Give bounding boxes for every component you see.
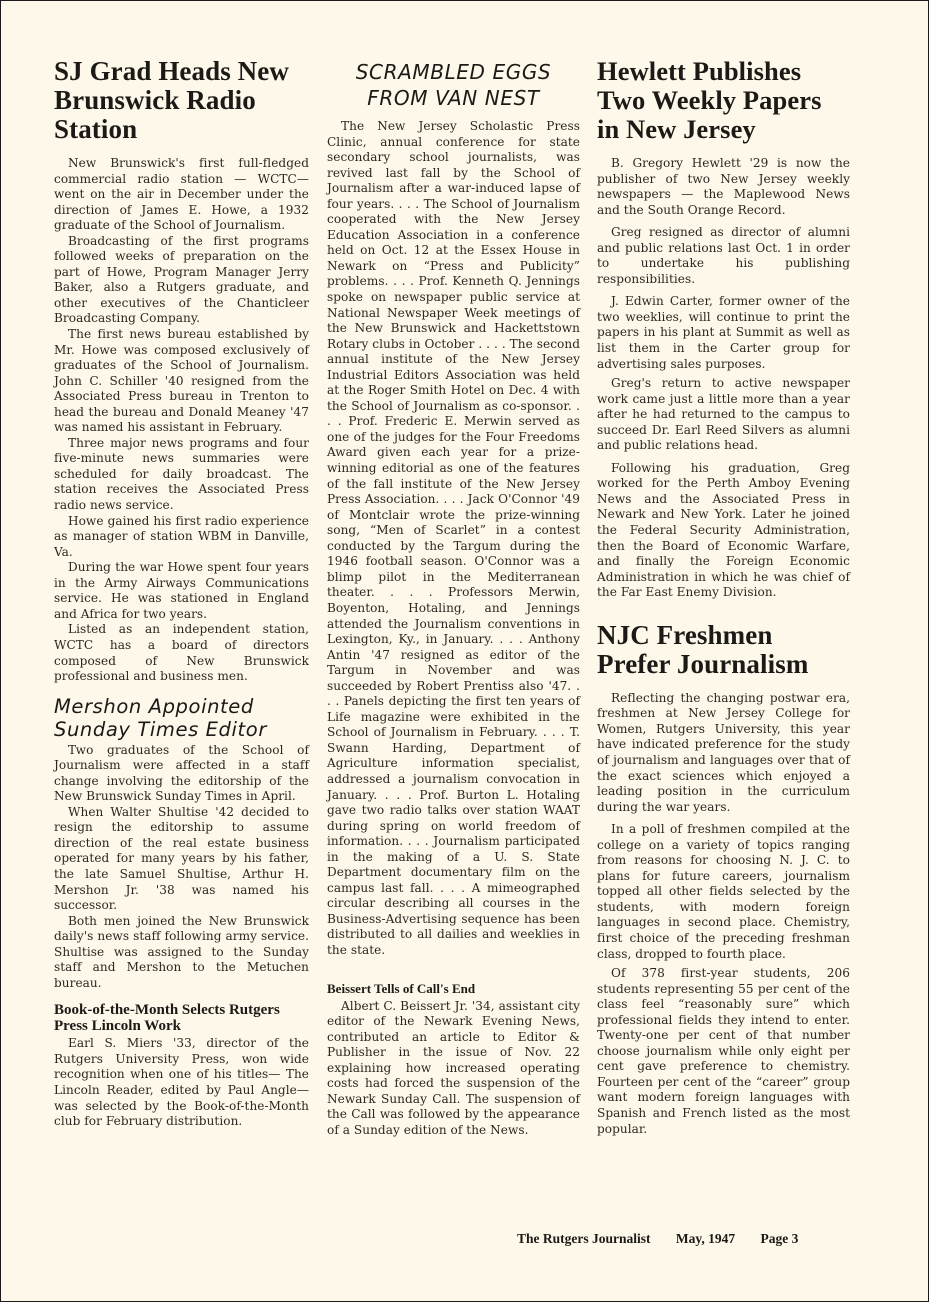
headline-line-2: FROM VAN NEST — [367, 86, 539, 110]
paragraph: J. Edwin Carter, former owner of the two… — [597, 294, 850, 372]
paragraph: The first news bureau established by Mr.… — [54, 327, 309, 436]
headline-line-1: SCRAMBLED EGGS — [356, 60, 551, 84]
article-scrambled-eggs: SCRAMBLED EGGS FROM VAN NEST The New Jer… — [327, 59, 580, 959]
paragraph: During the war Howe spent four years in … — [54, 560, 309, 622]
headline-beissert: Beissert Tells of Call's End — [327, 981, 580, 996]
headline-mershon: Mershon Appointed Sunday Times Editor — [54, 695, 309, 741]
article-hewlett: Hewlett Publishes Two Weekly Papers in N… — [597, 57, 850, 601]
paragraph: Howe gained his first radio experience a… — [54, 514, 309, 561]
article-njc-freshmen: NJC Freshmen Prefer Journalism Reflectin… — [597, 621, 850, 1137]
headline-scrambled-eggs: SCRAMBLED EGGS FROM VAN NEST — [327, 59, 580, 111]
headline-njc-freshmen: NJC Freshmen Prefer Journalism — [597, 621, 837, 679]
page-footer: The Rutgers Journalist May, 1947 Page 3 — [517, 1231, 798, 1247]
paragraph: Two graduates of the School of Journalis… — [54, 743, 309, 805]
paragraph: In a poll of freshmen compiled at the co… — [597, 822, 850, 962]
column-right: Hewlett Publishes Two Weekly Papers in N… — [597, 57, 850, 1137]
page-number: Page 3 — [761, 1231, 799, 1247]
column-middle: SCRAMBLED EGGS FROM VAN NEST The New Jer… — [327, 57, 580, 1138]
paragraph: B. Gregory Hewlett '29 is now the publis… — [597, 156, 850, 218]
paragraph: New Brunswick's first full-fledged comme… — [54, 156, 309, 234]
publication-name: The Rutgers Journalist — [517, 1231, 651, 1247]
paragraph: Greg resigned as director of alumni and … — [597, 225, 850, 287]
column-left: SJ Grad Heads New Brunswick Radio Statio… — [54, 57, 309, 1130]
headline-hewlett: Hewlett Publishes Two Weekly Papers in N… — [597, 57, 850, 144]
issue-date: May, 1947 — [676, 1231, 735, 1247]
paragraph: Broadcasting of the first programs follo… — [54, 234, 309, 327]
article-radio-station: SJ Grad Heads New Brunswick Radio Statio… — [54, 57, 309, 685]
paragraph: Both men joined the New Brunswick daily'… — [54, 914, 309, 992]
paragraph: Three major news programs and four five-… — [54, 436, 309, 514]
article-beissert: Beissert Tells of Call's End Albert C. B… — [327, 981, 580, 1139]
paragraph: Reflecting the changing postwar era, fre… — [597, 691, 850, 815]
paragraph: The New Jersey Scholastic Press Clinic, … — [327, 119, 580, 959]
paragraph: Following his graduation, Greg worked fo… — [597, 461, 850, 601]
paragraph: When Walter Shultise '42 decided to resi… — [54, 805, 309, 914]
article-mershon: Mershon Appointed Sunday Times Editor Tw… — [54, 695, 309, 992]
newspaper-page: SJ Grad Heads New Brunswick Radio Statio… — [0, 0, 929, 1302]
paragraph: Albert C. Beissert Jr. '34, assistant ci… — [327, 999, 580, 1139]
paragraph: Listed as an independent station, WCTC h… — [54, 622, 309, 684]
paragraph: Of 378 first-year students, 206 students… — [597, 966, 850, 1137]
paragraph: Greg's return to active newspaper work c… — [597, 376, 850, 454]
headline-book-of-the-month: Book-of-the-Month Selects Rutgers Press … — [54, 1002, 309, 1034]
article-book-of-the-month: Book-of-the-Month Selects Rutgers Press … — [54, 1002, 309, 1129]
paragraph: Earl S. Miers '33, director of the Rutge… — [54, 1036, 309, 1129]
headline-radio-station: SJ Grad Heads New Brunswick Radio Statio… — [54, 57, 309, 144]
